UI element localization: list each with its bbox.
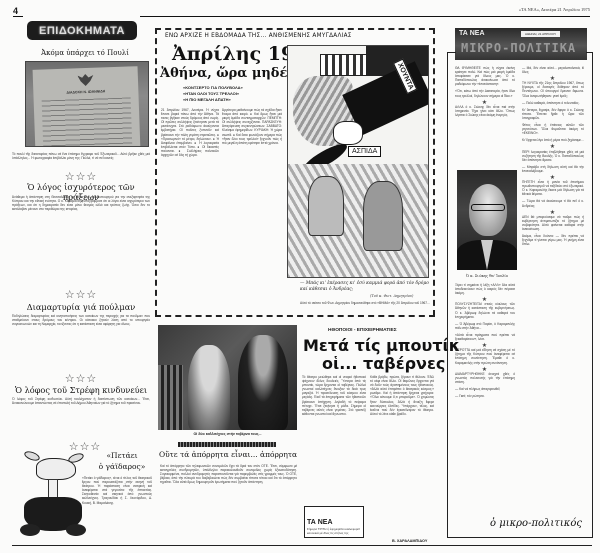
article-body: Ἐκδηλώσεις διαμαρτυρίας καί κινητοποιήσε… — [12, 314, 150, 370]
item: ΘΑ ΘΥΜΗΘΕΙΤΕ πώς ἡ νύχτα ἐκείνη κράτησε … — [455, 66, 515, 86]
article-title: Ὁ λόφος τοῦ Στρέφη κινδυνεύει — [10, 385, 152, 395]
item: ΠΕΡΙ λογοκρισίας ἐπιβλήθηκε χθές σέ μιά … — [522, 150, 584, 162]
column-signature: ὁ μικρο-πολιτικός — [490, 518, 582, 529]
box-border-right — [433, 28, 435, 316]
article-title: ὁ γάϊδαρος» — [92, 462, 152, 471]
cartoon-note: Αὐτό τό σκίτσο τοῦ Φωτ. Δημητρίου δημοσι… — [300, 301, 430, 305]
deck-line: «Η ΠΙΟ ΜΕΓΑΛΗ ΑΠΑΤΗ» — [183, 97, 231, 102]
article-body-col1: 21 Ἀπριλίου 1967, Δευτέρα. Ἡ νύχτα ἔπεσε… — [161, 108, 219, 308]
cartoon-officer — [363, 181, 403, 251]
item: — Μπράβο στή δήλωση αὐτή καί θά τήν ἐπαν… — [522, 165, 584, 173]
actress-figure — [188, 345, 230, 430]
bottles — [158, 365, 183, 430]
item: Κι' ἔρχεται λίγο ἀπό ἡ μέρα πού ξεχάσαμε… — [522, 138, 584, 142]
item: ΑΛΛΑ ὁ κ. Σιώκης δέν εἶναι πιά στήν ὑπηρ… — [455, 105, 515, 117]
donkey-neck — [48, 479, 58, 499]
item: «Αὐτά εἶναι πράγματα πού πρέπει νά ξεκαθ… — [455, 333, 515, 341]
item: Φέτος εἶναι ἡ ἐπέτειος αὐτῶν τῶν γεγονότ… — [522, 123, 584, 135]
box-border-top — [155, 28, 435, 30]
byline: Β. ΧΑΡΑΛΑΜΠΙΔΟΥ — [392, 539, 427, 543]
item: ΜΕΡΟΤΤΑ καί μιά εἴδηση σέ σχέση μέ τό ζή… — [455, 348, 515, 364]
section-banner-text: ΕΠΙΔΟΚΗΜΑΤΑ — [39, 25, 125, 37]
item: ΠΗΓΕΤΗ εἶναι ἡ μανία τοῦ ἐπισήμου πρωθυπ… — [522, 180, 584, 196]
article-body-col2: Ἀργότερα μαθαίνουμε πώς τά σχέδια ἦταν ἕ… — [222, 108, 282, 308]
photo-title: Ἀκόμα ὑπάρχει τό Πουλί — [20, 49, 150, 57]
glasses-icon — [471, 204, 505, 211]
article-title: Διαμαρτυρία γιά πούλμαν — [10, 302, 152, 312]
right-box-top-left — [447, 52, 456, 53]
deck-line: «ΗΤΑΝ ΟΛΟΙ ΤΟΥΣ ΤΡΕΛΛΟΙ» — [183, 91, 239, 96]
portrait-caption: Ὁ κ. Σιώκης θα' Ἰουλίο — [455, 274, 519, 278]
cartoon-building — [320, 54, 368, 76]
portrait-photo — [457, 170, 517, 270]
feature-kicker: ΗΘΟΠΟΙΟΙ - ΕΠΙΧΕΙΡΗΜΑΤΙΕΣ — [328, 328, 397, 333]
article-body: Ἀνάθεμα ἡ ἀπάντηση στη Θεσσαλονίκη τα λό… — [12, 195, 150, 271]
item: Ἀκόμα, εἶναι Χούντα — δέν πρέπει νά ξεχν… — [522, 234, 584, 246]
ad-logo: ΤΑ ΝΕΑ — [307, 519, 333, 526]
tavern-photo-caption: Οἱ δύο καλλιτέχνες στήν ταβέρνα τους... — [158, 432, 297, 436]
item: ΤΗ ΝΥΧΤΑ τῆς 21ης Ἀπριλίου 1967, ὅπως ξέ… — [522, 81, 584, 97]
feature-body-col2: Κάθε βράδυ, πρώτα, ξέρουν τί θέλουν. Ἐδῶ… — [370, 375, 434, 535]
item: ΔΕΝ θά μπορούσαμε νά ποῦμε πώς ἡ κυβέρνη… — [522, 215, 584, 231]
document-sheet: ΔΙΑΔΟΧΗ Ν. ΙΩΑΝΝΙΔΗ — [33, 66, 141, 147]
right-section-logo: ΤΑ ΝΕΑ — [459, 30, 485, 37]
item: Κι' ὕστερα, ἔγραψε, δέν ἔφερε ὁ κ. Σιώκη… — [522, 108, 584, 120]
item: — Γιατί; τόν ρώτησα. — [455, 394, 515, 398]
stars-divider: ☆☆☆ — [12, 372, 150, 385]
item: — Τώρα θά νά ἀκούσουμε τί θά πεῖ ὁ κ. Ἀν… — [522, 199, 584, 207]
box-border-bottom — [155, 315, 435, 317]
donkey-ear — [67, 452, 85, 465]
right-box-top-right — [586, 52, 593, 53]
cartoon-officer — [308, 176, 344, 236]
right-section-tag: ΑΘΗΝΑΙ, 21 ΑΠΡΙΛΙΟΥ — [521, 31, 560, 37]
article-body: Ὁ λόφος τοῦ Στρέφη κινδυνεύει. Αὐτή τουλ… — [12, 397, 150, 433]
column-divider — [155, 28, 157, 316]
article-body: «Πετάει ὁ γάϊδαρος», εἶναι ὁ τίτλος τοῦ … — [82, 476, 152, 538]
eagle-emblem-icon — [77, 74, 93, 87]
feature-body-col1: Τό θέατρο μειώθηκε καί οἱ νεαροί ἠθοποιο… — [302, 375, 366, 493]
cartoon-caption: — Μπάς κι' ἐπέρασες κι' ἐσύ καμμιά φορά … — [300, 281, 430, 293]
right-col2: — Μά, δέν εἶναι αὐτό... μεγαλοπολιτικά, … — [522, 66, 584, 521]
article-title: Οὔτε τά ἀπόρρητα εἶναι... ἀπόρρητα — [158, 450, 298, 459]
tavern-photo — [158, 325, 297, 430]
item: ΠΟΛΥΣΥΖΗΤΕΙΤΑΙ στούς κύκλους τῶν Ἀθηνῶν … — [455, 302, 515, 318]
stars-divider: ☆☆☆ — [12, 288, 150, 301]
item: — Πολύ καθαρά, ἀπάντησε ὁ τελευταῖος. — [522, 101, 584, 105]
item: — Ὁ Ἀβέρωφ στό Παρίσι, ὁ Καραμανλής πάλι… — [455, 322, 515, 330]
item: Ξέρει τί σημαίνει ἡ λέξη «ΑΛΛ» ὅλα αὐτά … — [455, 283, 515, 295]
deck-line: «ΚΟΝΤΣΕΡΤΟ ΓΙΑ ΠΟΛΥΒΟΛΑ» — [183, 85, 243, 90]
newspaper-ad-box: ΤΑ ΝΕΑ Σήμερα ΤΡΙΤΗ ἡ ἐφημερίδα κυκλοφορ… — [304, 506, 364, 538]
right-col1-top: ΘΑ ΘΥΜΗΘΕΙΤΕ πώς ἡ νύχτα ἐκείνη κράτησε … — [455, 66, 515, 133]
document-photo: ΔΙΑΔΟΧΗ Ν. ΙΩΑΝΝΙΔΗ — [25, 61, 149, 147]
article-body: Καί τό ἀπόρρητο τῶν τηλεφωνικῶν συνομιλι… — [160, 464, 297, 544]
section-banner: ΕΠΙΔΟΚΗΜΑΤΑ — [27, 21, 137, 40]
top-rule — [140, 16, 590, 17]
center-kicker: ΕΝΩ ΑΡΧΙΖΕ Η ΕΒΔΟΜΑΔΑ ΤΗΣ... ΑΝΘΙΣΜΕΝΗΣ … — [165, 33, 435, 39]
cartoon-hand — [333, 121, 363, 145]
item: «Ὅτι, κάτω ἀπό τήν Δικτατορία, ἠταν ὅλοι… — [455, 89, 515, 97]
donkey-illustration — [18, 452, 90, 540]
actor-figure — [238, 335, 288, 430]
item: — Μά, δέν εἶναι αὐτό... μεγαλοπολιτικά, … — [522, 66, 584, 74]
cartoon-sign: ΑΣΠΙΔΑ — [348, 146, 381, 157]
document-lines — [42, 97, 133, 147]
decorative-rule — [178, 442, 276, 447]
bottom-rule — [12, 545, 592, 546]
cartoon-illustration: ΧΟΥΝΤΑ ΑΣΠΙΔΑ — [287, 45, 429, 278]
feature-headline: οἱ... ταβέρνες — [322, 354, 445, 373]
article-title: «Πετάει — [92, 451, 152, 460]
ad-text: Σήμερα ΤΡΙΤΗ ἡ ἐφημερίδα κυκλοφορεῖ κανο… — [307, 528, 361, 536]
right-col1-bottom: Ξέρει τί σημαίνει ἡ λέξη «ΑΛΛ» ὅλα αὐτά … — [455, 283, 515, 513]
item: ΔΙΑΜΑΡΤΥΡΗΘΗΚΕ ἀνοιχτά χθές ὁ γνωστός πο… — [455, 372, 515, 384]
donkey-hoof — [20, 524, 40, 536]
page-number: 4 — [13, 6, 23, 17]
feature-headline: Μετά τίς μπουτίκ — [303, 336, 460, 355]
masthead-date: «ΤΑ ΝΕΑ», Δευτέρα 21 Ἀπριλίου 1975 — [519, 7, 590, 12]
item: — Καί νά πλήρως ἀπαγορευθεῖ; — [455, 387, 515, 391]
photo-caption: Τό πουλί τῆς δικτατορίας πάνω σέ ἕνα ἐπί… — [12, 152, 150, 169]
document-heading: ΔΙΑΔΟΧΗ Ν. ΙΩΑΝΝΙΔΗ — [33, 88, 138, 96]
cartoon-credit: (Τοῦ κ. Φωτ. Δημητρίου) — [370, 294, 413, 298]
